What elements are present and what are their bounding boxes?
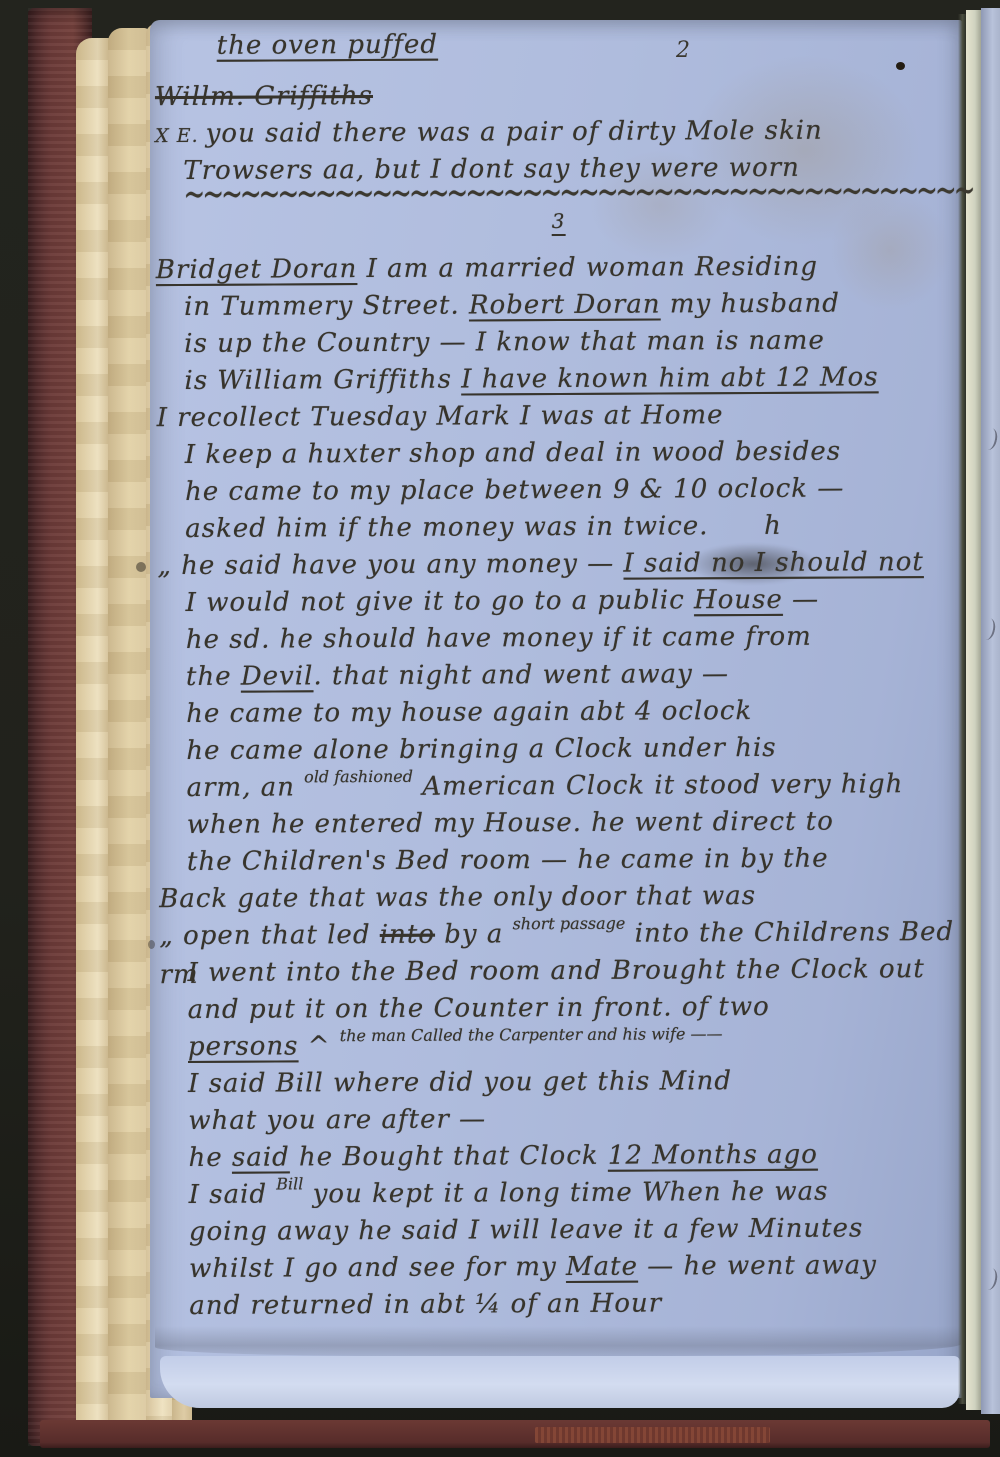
manuscript-line: „ open that led into by a short passage … [159,914,965,955]
manuscript-line: Back gate that was the only door that wa… [159,877,965,918]
manuscript-line: he sd. he should have money if it came f… [158,618,964,659]
manuscript-line: I keep a huxter shop and deal in wood be… [157,433,963,474]
manuscript-line: Bridget Doran I am a married woman Resid… [156,248,962,289]
manuscript-line: the oven puffed [155,24,961,65]
manuscript-line: when he entered my House. he went direct… [159,803,965,844]
manuscript-line: going away he said I will leave it a few… [161,1210,967,1251]
next-page-writing-mark [981,427,999,451]
manuscript-line: and put it on the Counter in front. of t… [160,988,966,1029]
page-edge-stack [76,38,112,1430]
manuscript-line: in Tummery Street. Robert Doran my husba… [156,285,962,326]
manuscript-lines: the oven puffedWillm. GriffithsX E. you … [155,24,968,1325]
book-cover-cloth-patch [535,1427,770,1443]
ink-dot [148,940,155,949]
manuscript-line: the Devil. that night and went away — [158,655,964,696]
manuscript-line: X E. you said there was a pair of dirty … [155,112,961,153]
manuscript-line: persons ^ the man Called the Carpenter a… [160,1025,966,1066]
next-page-sliver [981,8,1000,1414]
manuscript-photo: 2 the oven puffedWillm. GriffithsX E. yo… [0,0,1000,1457]
page-edge-strip [966,10,981,1410]
manuscript-line: I recollect Tuesday Mark I was at Home [157,396,963,437]
manuscript-line: Willm. Griffiths [155,75,961,116]
manuscript-line: is William Griffiths I have known him ab… [156,359,962,400]
manuscript-line: is up the Country — I know that man is n… [156,322,962,363]
manuscript-line: asked him if the money was in twice. h [157,507,963,548]
manuscript-line: I said Bill you kept it a long time When… [161,1173,967,1214]
manuscript-line: he came to my house again abt 4 oclock [158,692,964,733]
page-bottom-fold-shadow [155,1326,961,1356]
manuscript-line: he said he Bought that Clock 12 Months a… [160,1136,966,1177]
manuscript-line: „ he said have you any money — I said no… [157,544,963,585]
manuscript-line: I would not give it to go to a public Ho… [158,581,964,622]
manuscript-line: what you are after — [160,1099,966,1140]
manuscript-line: I went into the Bed room and Brought the… [159,951,965,992]
manuscript-line: he came alone bringing a Clock under his [158,729,964,770]
manuscript-line: I said Bill where did you get this Mind [160,1062,966,1103]
page-edge-stack [108,28,150,1428]
manuscript-line: he came to my place between 9 & 10 ocloc… [157,470,963,511]
manuscript-line: and returned in abt ¼ of an Hour [161,1284,967,1325]
manuscript-line: ~~~~~~~~~~~~~~~~~~~~~~~~~~~~~~~~~~~~~~~~… [155,186,961,204]
ink-dot [136,562,146,572]
manuscript-line: whilst I go and see for my Mate — he wen… [161,1247,967,1288]
next-page-writing-mark [979,617,997,641]
page-bottom-curl [160,1356,960,1408]
manuscript-line: arm, an old fashioned American Clock it … [158,766,964,807]
next-page-writing-mark [981,1267,999,1291]
manuscript-line: the Children's Bed room — he came in by … [159,840,965,881]
book-cover-bottom-edge [40,1420,990,1448]
